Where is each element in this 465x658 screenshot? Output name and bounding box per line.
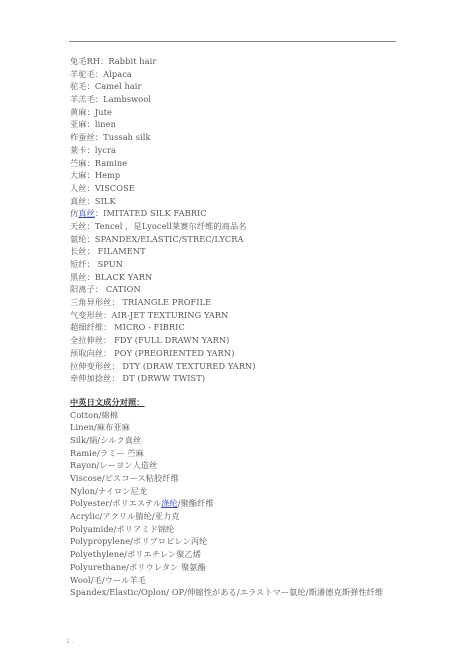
glossary-line: 驼毛：Camel hair <box>70 80 400 93</box>
en-term: BLACK YARN <box>95 272 152 282</box>
glossary-line: 柞蚕丝：Tussah silk <box>70 131 400 144</box>
en-term: SILK <box>95 196 116 206</box>
glossary-line: 真丝：SILK <box>70 195 400 208</box>
zh-term: 亚麻： <box>70 119 95 129</box>
glossary-line: 兔毛RH：Rabbit hair <box>70 55 400 68</box>
zh-colon: ： <box>95 208 103 218</box>
zh-term: 长丝： <box>70 246 95 256</box>
glossary-line: 黑丝：BLACK YARN <box>70 271 400 284</box>
glossary-line: 苎麻：Ramine <box>70 157 400 170</box>
zh-term: 羊驼毛： <box>70 69 103 79</box>
trilingual-line-polyester: Polyester/ポリエステル涤纶/聚酯纤维 <box>70 497 400 510</box>
en-term: Rabbit hair <box>108 56 156 66</box>
header-rule <box>69 41 396 42</box>
page-footer-mark: 1 . <box>66 638 74 645</box>
glossary-line: 氨纶：SPANDEX/ELASTIC/STREC/LYCRA <box>70 233 400 246</box>
document-page: 兔毛RH：Rabbit hair羊驼毛：Alpaca驼毛：Camel hair羊… <box>0 0 465 658</box>
zh-term: 牵伸加捻丝： <box>70 373 120 383</box>
zh-term: 天丝： <box>70 221 95 231</box>
zh-term: 气变形丝： <box>70 310 111 320</box>
silk-link[interactable]: 真丝 <box>78 208 95 218</box>
glossary-line: 气变形丝：AIR-JET TEXTURING YARN <box>70 309 400 322</box>
en-term: SPANDEX/ELASTIC/STREC/LYCRA <box>95 234 244 244</box>
trilingual-line: Rayon/レーヨン人造丝 <box>70 459 400 472</box>
glossary-line: 天丝：Tencel ，是Lyocell莱赛尔纤维的商品名 <box>70 220 400 233</box>
zh-term: 短纤： <box>70 259 95 269</box>
en-term: FILAMENT <box>95 246 146 256</box>
zh-term: 兔毛RH： <box>70 56 108 66</box>
en-term: IMITATED SILK FABRIC <box>103 208 207 218</box>
trilingual-line: Cotton/綿棉 <box>70 409 400 422</box>
zh-term: 大麻： <box>70 170 95 180</box>
en-term: MICRO - FIBRIC <box>111 322 184 332</box>
glossary-line: 超细纤维： MICRO - FIBRIC <box>70 321 400 334</box>
trilingual-line: Acrylic/アクリル腈纶/亚力克 <box>70 510 400 523</box>
zh-term: 苎麻： <box>70 158 95 168</box>
fiber-glossary-list-2: 天丝：Tencel ，是Lyocell莱赛尔纤维的商品名氨纶：SPANDEX/E… <box>70 220 400 385</box>
glossary-line: 莱卡：lycra <box>70 144 400 157</box>
en-term: POY (PREORIENTED YARN) <box>111 348 234 358</box>
en-term: linen <box>95 119 116 129</box>
glossary-line: 人丝：VISCOSE <box>70 182 400 195</box>
trilingual-list-2: Acrylic/アクリル腈纶/亚力克Polyamide/ポリアミド锦纶Polyp… <box>70 510 400 586</box>
en-term: DTY (DRAW TEXTURED YARN) <box>120 361 256 371</box>
polyester-suffix: /聚酯纤维 <box>178 498 214 508</box>
en-term: TRIANGLE PROFILE <box>120 297 212 307</box>
zh-term: 三角异形丝： <box>70 297 120 307</box>
trilingual-line: Ramie/ラミー 苎麻 <box>70 447 400 460</box>
zh-term: 预取向丝： <box>70 348 111 358</box>
en-term: Ramine <box>95 158 127 168</box>
section-heading: 中英日文成分对照： <box>70 396 400 409</box>
en-term: VISCOSE <box>95 183 135 193</box>
glossary-line: 全拉伸丝： FDY (FULL DRAWN YARN) <box>70 334 400 347</box>
en-term: FDY (FULL DRAWN YARN) <box>111 335 229 345</box>
section-gap <box>70 385 400 396</box>
zh-term: 阳离子： <box>70 284 103 294</box>
glossary-line: 短纤： SPUN <box>70 258 400 271</box>
en-term: CATION <box>103 284 141 294</box>
zh-term: 驼毛： <box>70 81 95 91</box>
glossary-line-imitated-silk: 仿真丝：IMITATED SILK FABRIC <box>70 207 400 220</box>
zh-term: 全拉伸丝： <box>70 335 111 345</box>
glossary-line: 长丝： FILAMENT <box>70 245 400 258</box>
en-term: Alpaca <box>103 69 132 79</box>
zh-term: 莱卡： <box>70 145 95 155</box>
trilingual-line: Polyamide/ポリアミド锦纶 <box>70 523 400 536</box>
zh-term: 人丝： <box>70 183 95 193</box>
zh-term: 黄麻： <box>70 107 95 117</box>
en-term: lycra <box>95 145 116 155</box>
zh-term: 羊羔毛： <box>70 94 103 104</box>
trilingual-line: Polypropylene/ポリプロピレン丙纶 <box>70 535 400 548</box>
en-term: Lambswool <box>103 94 151 104</box>
fiber-glossary-list: 兔毛RH：Rabbit hair羊驼毛：Alpaca驼毛：Camel hair羊… <box>70 55 400 207</box>
glossary-line: 黄麻：Jute <box>70 106 400 119</box>
en-term: Tencel ，是Lyocell莱赛尔纤维的商品名 <box>95 221 247 231</box>
zh-term: 超细纤维： <box>70 322 111 332</box>
en-term: Tussah silk <box>103 132 150 142</box>
glossary-line: 亚麻：linen <box>70 118 400 131</box>
zh-term: 氨纶： <box>70 234 95 244</box>
document-body: 兔毛RH：Rabbit hair羊驼毛：Alpaca驼毛：Camel hair羊… <box>70 55 400 599</box>
polyester-link[interactable]: 涤纶 <box>161 498 178 508</box>
en-term: AIR-JET TEXTURING YARN <box>111 310 228 320</box>
en-term: Hemp <box>95 170 120 180</box>
trilingual-line: Linen/麻布亚麻 <box>70 421 400 434</box>
zh-term: 真丝： <box>70 196 95 206</box>
zh-term: 黑丝： <box>70 272 95 282</box>
trilingual-line-spandex: Spandex/Elastic/Oplon/ OP/伸縮性がある/エラストマー氨… <box>70 586 400 599</box>
glossary-line: 三角异形丝： TRIANGLE PROFILE <box>70 296 400 309</box>
glossary-line: 拉伸变形丝： DTY (DRAW TEXTURED YARN) <box>70 360 400 373</box>
en-term: SPUN <box>95 259 123 269</box>
en-term: Jute <box>95 107 112 117</box>
zh-term: 柞蚕丝： <box>70 132 103 142</box>
trilingual-list: Cotton/綿棉Linen/麻布亚麻Silk/絹/シルク真丝Ramie/ラミー… <box>70 409 400 498</box>
en-term: DT (DRWW TWIST) <box>120 373 205 383</box>
glossary-line: 预取向丝： POY (PREORIENTED YARN) <box>70 347 400 360</box>
trilingual-line: Silk/絹/シルク真丝 <box>70 434 400 447</box>
glossary-line: 阳离子： CATION <box>70 283 400 296</box>
polyester-prefix: Polyester/ポリエステル <box>70 498 161 508</box>
glossary-line: 大麻：Hemp <box>70 169 400 182</box>
trilingual-line: Polyurethane/ポリウレタン 聚氨酯 <box>70 561 400 574</box>
trilingual-line: Polyethylene/ポリエチレン聚乙烯 <box>70 548 400 561</box>
trilingual-line: Nylon/ナイロン尼龙 <box>70 485 400 498</box>
zh-term: 拉伸变形丝： <box>70 361 120 371</box>
en-term: Camel hair <box>95 81 142 91</box>
trilingual-line: Viscose/ビスコース粘胶纤维 <box>70 472 400 485</box>
glossary-line: 羊羔毛：Lambswool <box>70 93 400 106</box>
glossary-line: 牵伸加捻丝： DT (DRWW TWIST) <box>70 372 400 385</box>
glossary-line: 羊驼毛：Alpaca <box>70 68 400 81</box>
trilingual-line: Wool/毛/ウール羊毛 <box>70 574 400 587</box>
